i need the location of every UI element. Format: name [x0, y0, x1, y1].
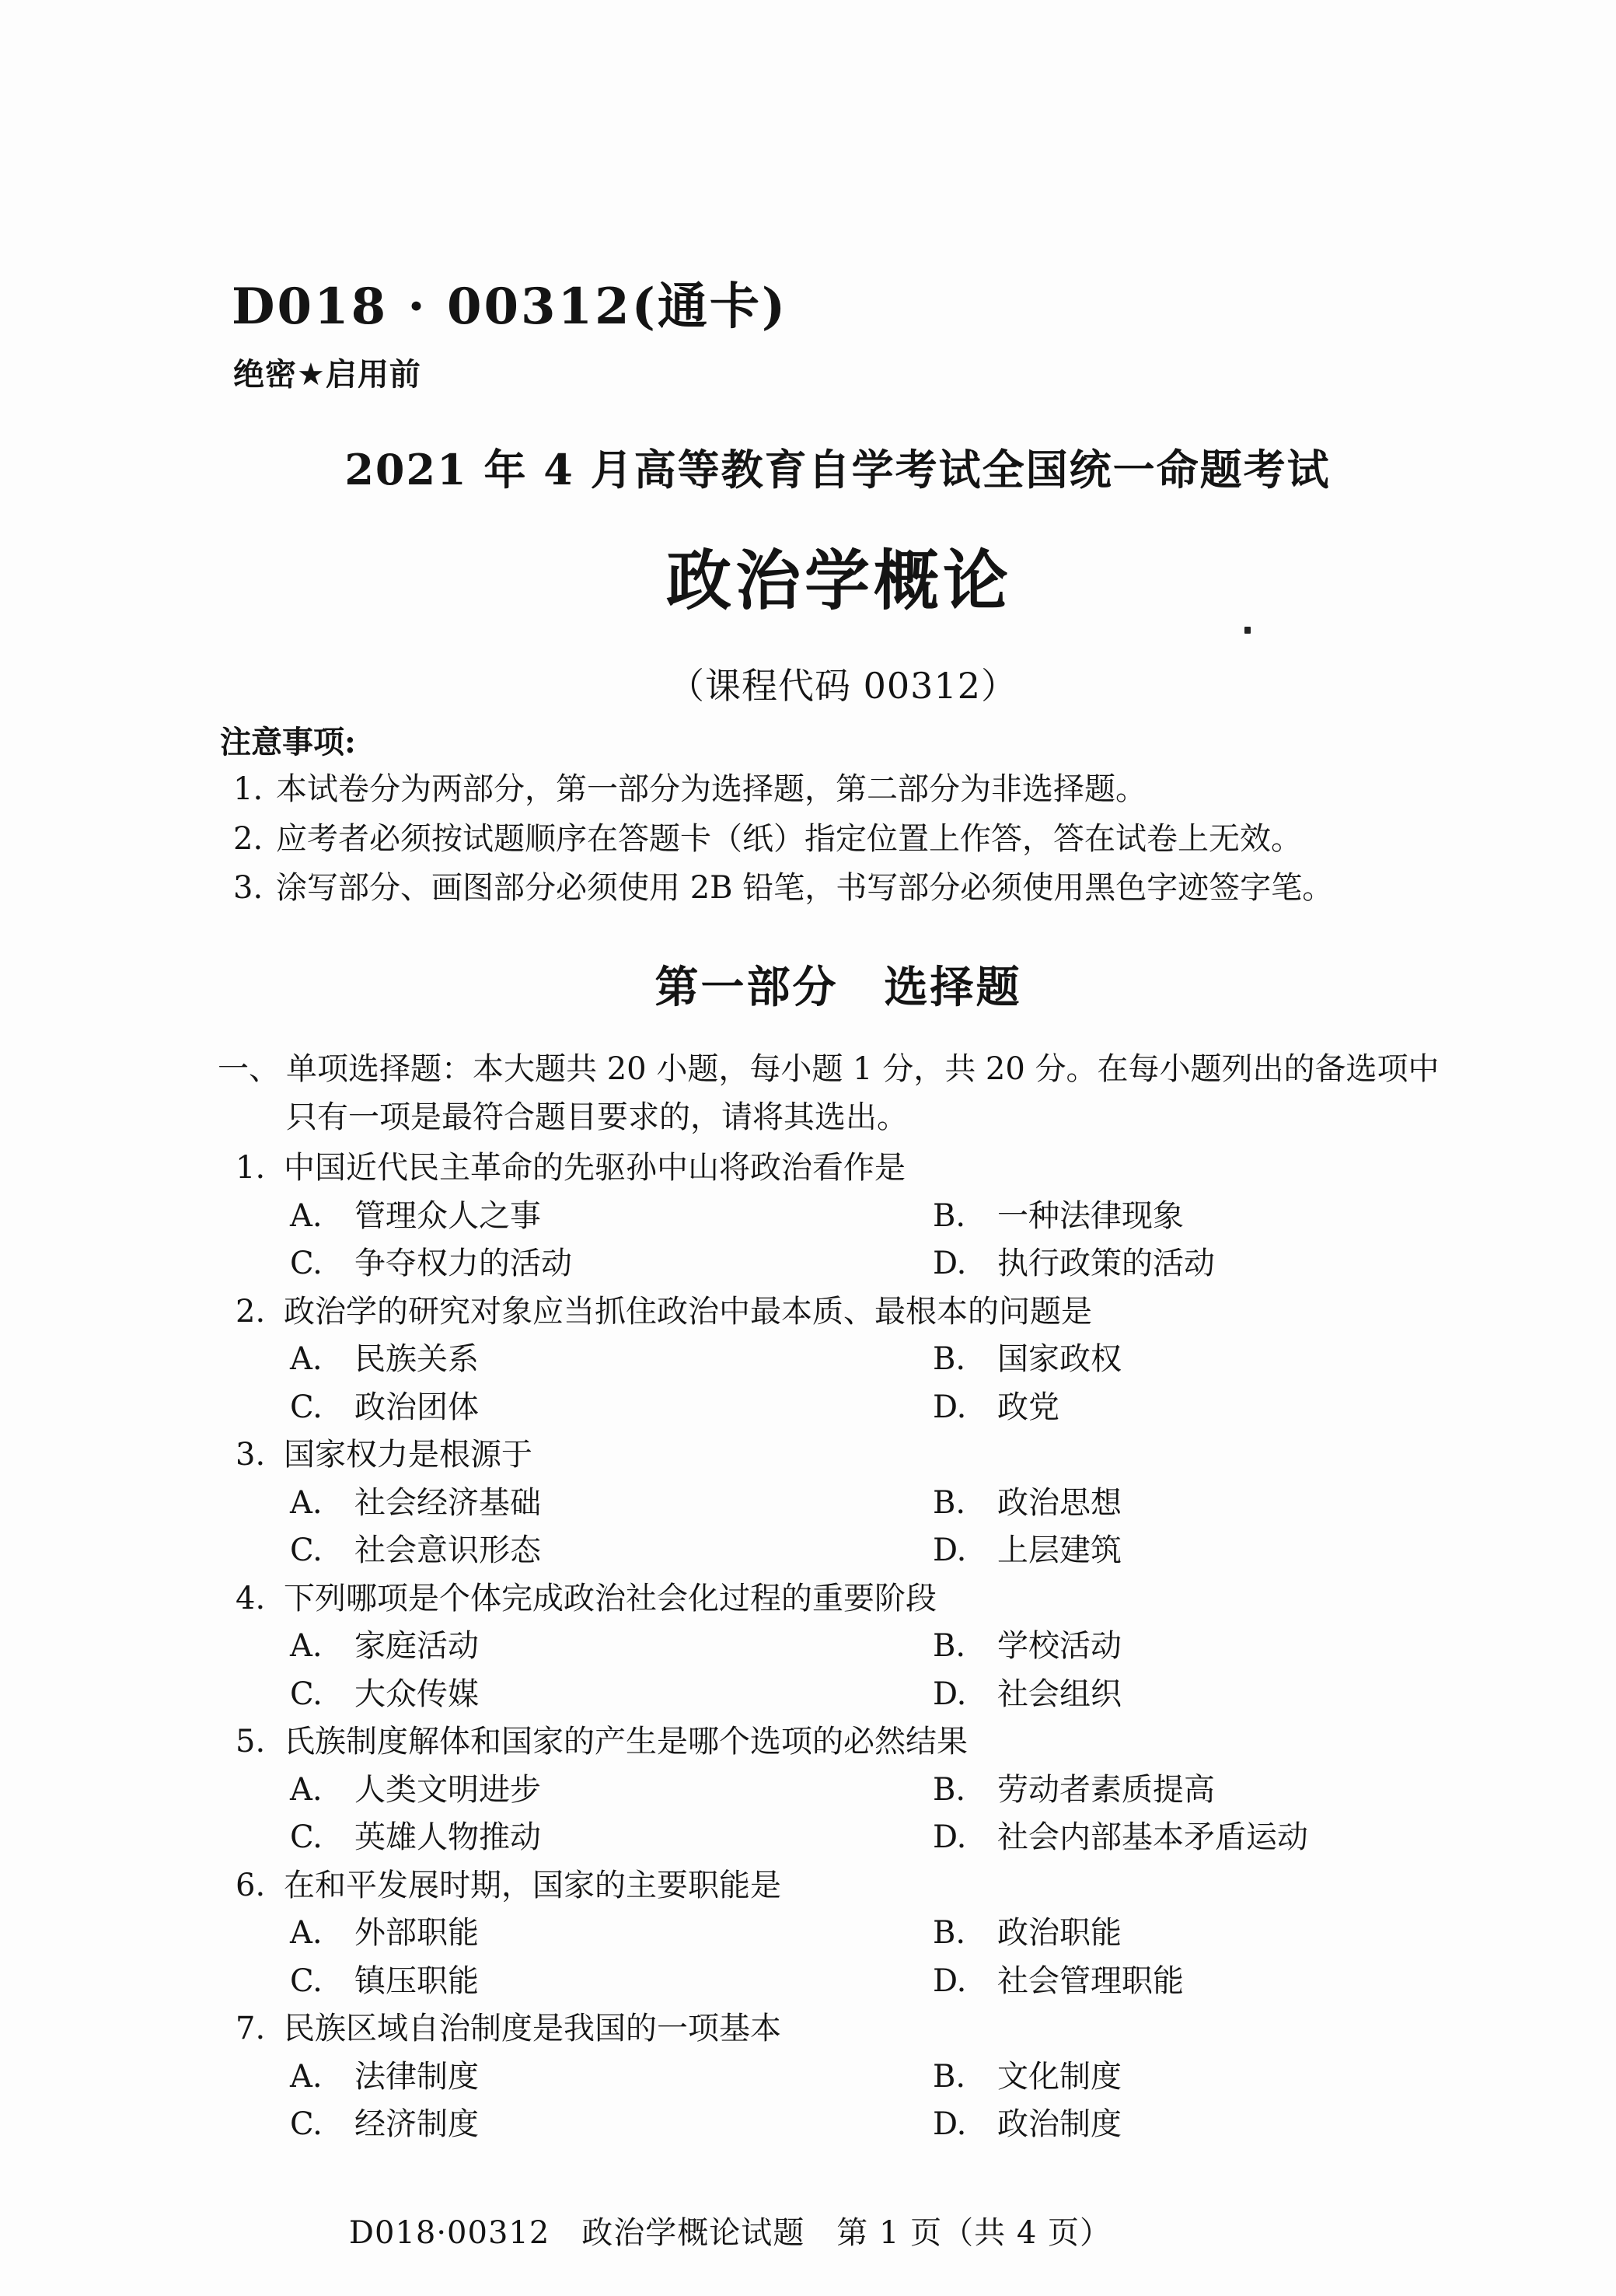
option-text: 社会管理职能 — [997, 1963, 1184, 1999]
question-number: 7. — [236, 2005, 284, 2053]
question-number: 6. — [236, 1862, 284, 1910]
option-text: 争夺权力的活动 — [354, 1246, 572, 1281]
option-row: C.英雄人物推动D.社会内部基本矛盾运动 — [0, 1814, 1616, 1862]
exam-session-title: 2021 年 4 月高等教育自学考试全国统一命题考试 — [30, 437, 1616, 497]
scan-artifact-dot — [1244, 627, 1251, 634]
option-row: A.民族关系B.国家政权 — [0, 1336, 1616, 1384]
option-label: D. — [933, 1671, 972, 1719]
option-text: 政党 — [997, 1389, 1059, 1425]
option-label: A. — [290, 1623, 329, 1671]
question-text: 在和平发展时期，国家的主要职能是 — [284, 1868, 781, 1903]
option-row: A.人类文明进步B.劳动者素质提高 — [0, 1767, 1616, 1815]
option-text: 政治团体 — [354, 1389, 479, 1425]
question-text: 民族区域自治制度是我国的一项基本 — [284, 2011, 781, 2046]
note-item: 2.应考者必须按试题顺序在答题卡（纸）指定位置上作答，答在试卷上无效。 — [0, 815, 1616, 865]
note-number: 2. — [233, 815, 276, 865]
option-label: D. — [933, 2101, 972, 2149]
option-label: B. — [933, 1767, 972, 1815]
section-intro: 一、单项选择题：本大题共 20 小题，每小题 1 分，共 20 分。在每小题列出… — [0, 1045, 1616, 1141]
option-label: B. — [933, 1623, 972, 1671]
option-text: 政治制度 — [997, 2106, 1122, 2142]
option-d: D.政治制度 — [933, 2101, 1122, 2149]
option-c: C.大众传媒 — [290, 1671, 933, 1719]
note-item: 3.涂写部分、画图部分必须使用 2B 铅笔，书写部分必须使用黑色字迹签字笔。 — [0, 864, 1616, 914]
option-text: 社会内部基本矛盾运动 — [997, 1819, 1308, 1855]
question-stem: 6.在和平发展时期，国家的主要职能是 — [0, 1862, 1616, 1910]
question-stem: 7.民族区域自治制度是我国的一项基本 — [0, 2005, 1616, 2053]
option-text: 社会经济基础 — [354, 1485, 541, 1521]
question-text: 政治学的研究对象应当抓住政治中最本质、最根本的问题是 — [284, 1294, 1092, 1330]
page-footer: D018·00312 政治学概论试题 第 1 页（共 4 页） — [0, 2208, 1538, 2252]
question-stem: 1.中国近代民主革命的先驱孙中山将政治看作是 — [0, 1145, 1616, 1193]
option-d: D.社会内部基本矛盾运动 — [933, 1814, 1308, 1862]
option-text: 管理众人之事 — [354, 1198, 541, 1234]
option-label: B. — [933, 2053, 972, 2102]
question-text: 氏族制度解体和国家的产生是哪个选项的必然结果 — [284, 1724, 968, 1760]
question-number: 4. — [236, 1575, 284, 1623]
intro-line: 只有一项是最符合题目要求的，请将其选出。 — [0, 1093, 1616, 1141]
option-label: A. — [290, 1193, 329, 1241]
question-number: 1. — [236, 1145, 284, 1193]
question-stem: 2.政治学的研究对象应当抓住政治中最本质、最根本的问题是 — [0, 1288, 1616, 1337]
note-text: 本试卷分为两部分，第一部分为选择题，第二部分为非选择题。 — [276, 771, 1147, 807]
option-d: D.社会管理职能 — [933, 1958, 1184, 2006]
question-text: 下列哪项是个体完成政治社会化过程的重要阶段 — [284, 1581, 937, 1616]
option-label: A. — [290, 1767, 329, 1815]
question-number: 3. — [236, 1431, 284, 1480]
notes-label: 注意事项: — [0, 720, 1616, 765]
option-a: A.社会经济基础 — [290, 1480, 933, 1528]
option-label: D. — [933, 1527, 972, 1575]
option-row: A.社会经济基础B.政治思想 — [0, 1480, 1616, 1528]
option-b: B.政治职能 — [933, 1910, 1122, 1958]
option-text: 人类文明进步 — [354, 1772, 541, 1808]
section-heading: 第一部分 选择题 — [30, 953, 1616, 1015]
question-stem: 5.氏族制度解体和国家的产生是哪个选项的必然结果 — [0, 1718, 1616, 1767]
option-row: C.政治团体D.政党 — [0, 1384, 1616, 1432]
option-row: A.家庭活动B.学校活动 — [0, 1623, 1616, 1671]
note-text: 应考者必须按试题顺序在答题卡（纸）指定位置上作答，答在试卷上无效。 — [276, 821, 1302, 857]
option-text: 镇压职能 — [354, 1963, 479, 1999]
option-label: A. — [290, 1910, 329, 1958]
option-b: B.一种法律现象 — [933, 1193, 1184, 1241]
option-row: A.管理众人之事B.一种法律现象 — [0, 1193, 1616, 1241]
option-text: 劳动者素质提高 — [997, 1772, 1215, 1808]
option-label: A. — [290, 2053, 329, 2102]
option-label: A. — [290, 1480, 329, 1528]
option-c: C.争夺权力的活动 — [290, 1240, 933, 1288]
question-number: 5. — [236, 1718, 284, 1767]
option-row: C.社会意识形态D.上层建筑 — [0, 1527, 1616, 1575]
option-text: 社会组织 — [997, 1676, 1122, 1712]
option-b: B.劳动者素质提高 — [933, 1767, 1215, 1815]
option-row: C.争夺权力的活动D.执行政策的活动 — [0, 1240, 1616, 1288]
option-text: 政治思想 — [997, 1485, 1122, 1521]
option-label: A. — [290, 1336, 329, 1384]
question-text: 中国近代民主革命的先驱孙中山将政治看作是 — [284, 1150, 906, 1186]
exam-paper-page: { "page": { "doc_code": "D018 · 00312(通卡… — [0, 0, 1616, 2296]
option-text: 家庭活动 — [354, 1628, 479, 1664]
option-row: A.外部职能B.政治职能 — [0, 1910, 1616, 1958]
option-text: 执行政策的活动 — [997, 1246, 1215, 1281]
question-stem: 3.国家权力是根源于 — [0, 1431, 1616, 1480]
option-c: C.英雄人物推动 — [290, 1814, 933, 1862]
option-text: 民族关系 — [354, 1341, 479, 1377]
option-label: C. — [290, 1814, 329, 1862]
question-text: 国家权力是根源于 — [284, 1437, 532, 1473]
option-label: D. — [933, 1958, 972, 2006]
option-text: 英雄人物推动 — [354, 1819, 541, 1855]
option-label: C. — [290, 1958, 329, 2006]
question-stem: 4.下列哪项是个体完成政治社会化过程的重要阶段 — [0, 1575, 1616, 1623]
option-label: B. — [933, 1193, 972, 1241]
notes-block: 注意事项: 1.本试卷分为两部分，第一部分为选择题，第二部分为非选择题。 2.应… — [0, 720, 1616, 914]
document-code: D018 · 00312(通卡) — [232, 280, 787, 334]
intro-line: 一、单项选择题：本大题共 20 小题，每小题 1 分，共 20 分。在每小题列出… — [0, 1045, 1616, 1093]
option-label: B. — [933, 1480, 972, 1528]
option-label: C. — [290, 2101, 329, 2149]
option-a: A.外部职能 — [290, 1910, 933, 1958]
option-label: C. — [290, 1240, 329, 1288]
option-label: B. — [933, 1910, 972, 1958]
option-text: 国家政权 — [997, 1341, 1122, 1377]
page-title: 政治学概论 — [31, 529, 1616, 623]
option-label: D. — [933, 1384, 972, 1432]
option-text: 社会意识形态 — [354, 1532, 541, 1568]
option-label: D. — [933, 1814, 972, 1862]
note-number: 3. — [233, 864, 276, 914]
option-c: C.政治团体 — [290, 1384, 933, 1432]
option-text: 法律制度 — [354, 2059, 479, 2095]
option-d: D.执行政策的活动 — [933, 1240, 1215, 1288]
option-row: C.镇压职能D.社会管理职能 — [0, 1958, 1616, 2006]
option-text: 文化制度 — [997, 2059, 1122, 2095]
option-text: 学校活动 — [997, 1628, 1122, 1664]
option-label: B. — [933, 1336, 972, 1384]
option-text: 上层建筑 — [997, 1532, 1122, 1568]
option-text: 一种法律现象 — [997, 1198, 1184, 1234]
option-d: D.政党 — [933, 1384, 1059, 1432]
option-text: 经济制度 — [354, 2106, 479, 2142]
note-number: 1. — [233, 765, 276, 815]
option-label: D. — [933, 1240, 972, 1288]
option-row: A.法律制度B.文化制度 — [0, 2053, 1616, 2102]
question-list: 1.中国近代民主革命的先驱孙中山将政治看作是 A.管理众人之事B.一种法律现象 … — [0, 1145, 1616, 2149]
intro-text: 单项选择题：本大题共 20 小题，每小题 1 分，共 20 分。在每小题列出的备… — [286, 1051, 1440, 1087]
option-row: C.大众传媒D.社会组织 — [0, 1671, 1616, 1719]
option-b: B.文化制度 — [933, 2053, 1122, 2102]
option-b: B.政治思想 — [933, 1480, 1122, 1528]
question-number: 2. — [236, 1288, 284, 1337]
option-d: D.社会组织 — [933, 1671, 1122, 1719]
option-a: A.管理众人之事 — [290, 1193, 933, 1241]
option-a: A.法律制度 — [290, 2053, 933, 2102]
secrecy-notice: 绝密★启用前 — [233, 350, 421, 394]
option-text: 外部职能 — [354, 1915, 479, 1951]
course-code: （课程代码 00312） — [35, 658, 1616, 709]
option-a: A.家庭活动 — [290, 1623, 933, 1671]
option-a: A.民族关系 — [290, 1336, 933, 1384]
option-label: C. — [290, 1527, 329, 1575]
option-row: C.经济制度D.政治制度 — [0, 2101, 1616, 2149]
option-text: 大众传媒 — [354, 1676, 479, 1712]
option-b: B.国家政权 — [933, 1336, 1122, 1384]
option-label: C. — [290, 1671, 329, 1719]
option-text: 政治职能 — [997, 1915, 1122, 1951]
option-a: A.人类文明进步 — [290, 1767, 933, 1815]
note-text: 涂写部分、画图部分必须使用 2B 铅笔，书写部分必须使用黑色字迹签字笔。 — [276, 870, 1333, 906]
option-c: C.镇压职能 — [290, 1958, 933, 2006]
option-d: D.上层建筑 — [933, 1527, 1122, 1575]
option-c: C.经济制度 — [290, 2101, 933, 2149]
option-c: C.社会意识形态 — [290, 1527, 933, 1575]
note-item: 1.本试卷分为两部分，第一部分为选择题，第二部分为非选择题。 — [0, 765, 1616, 815]
option-label: C. — [290, 1384, 329, 1432]
intro-number: 一、 — [218, 1045, 286, 1093]
option-b: B.学校活动 — [933, 1623, 1122, 1671]
